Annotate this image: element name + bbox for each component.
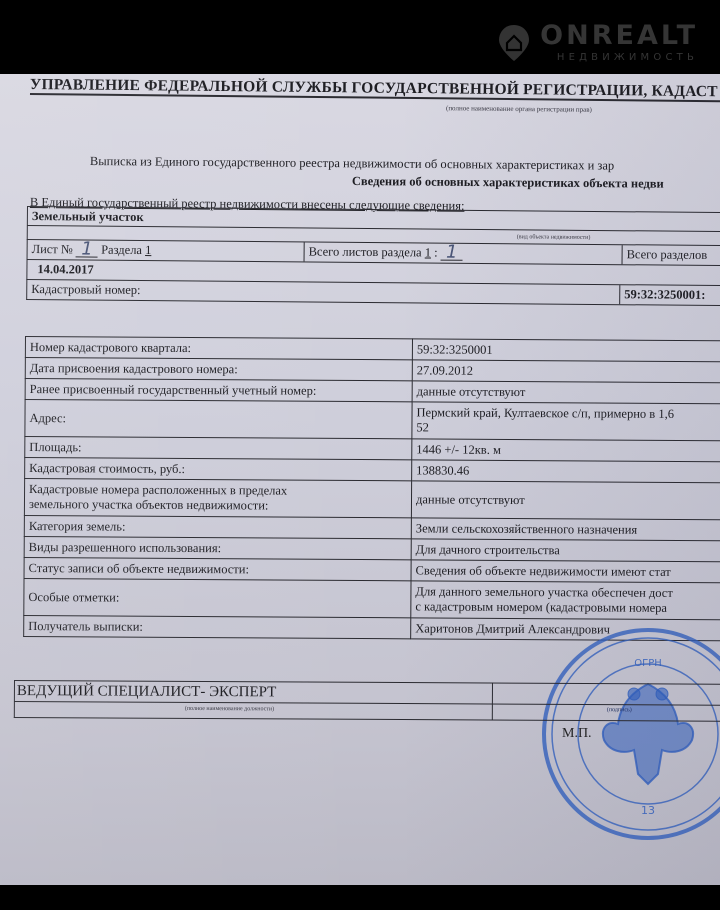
- object-type: Земельный участок: [28, 207, 144, 226]
- row-value: данные отсутствуют: [412, 381, 720, 404]
- info-title: Сведения об основных характеристиках объ…: [352, 174, 664, 192]
- agency-caption: (полное наименование органа регистрации …: [446, 104, 592, 114]
- row-label: Ранее присвоенный государственный учетны…: [25, 379, 412, 402]
- svg-text:13: 13: [641, 804, 655, 817]
- row-label: Виды разрешенного использования:: [24, 536, 411, 559]
- extract-date: 14.04.2017: [33, 260, 93, 280]
- total-sheets-cell: Всего листов раздела 1 : 1: [304, 242, 622, 264]
- characteristics-table: Номер кадастрового квартала:59:32:325000…: [23, 336, 720, 641]
- section-label: Раздела: [101, 243, 142, 258]
- row-value: Сведения об объекте недвижимости имеют с…: [411, 560, 720, 583]
- signature-divider: [492, 683, 493, 721]
- brand-name: ONREALT: [540, 22, 698, 50]
- total-sections-label: Всего разделов: [622, 245, 708, 265]
- object-type-caption: (вид объекта недвижимости): [513, 230, 591, 244]
- header-table: Земельный участок (вид объекта недвижимо…: [26, 206, 720, 306]
- row-label: Дата присвоения кадастрового номера:: [25, 358, 412, 381]
- row-label: Особые отметки:: [24, 578, 411, 617]
- signature-block: ВЕДУЩИЙ СПЕЦИАЛИСТ- ЭКСПЕРТ (полное наим…: [14, 680, 720, 722]
- row-value: 59:32:3250001: [412, 339, 720, 362]
- row-value: Земли сельскохозяйственного назначения: [411, 518, 720, 541]
- extract-title: Выписка из Единого государственного реес…: [90, 154, 614, 174]
- map-pin-house-icon: [498, 24, 530, 62]
- sheet-label: Лист №: [32, 242, 73, 257]
- table-row: Адрес:Пермский край, Култаевское с/п, пр…: [25, 400, 720, 441]
- row-label: Кадастровая стоимость, руб.:: [25, 458, 412, 481]
- document-page: УПРАВЛЕНИЕ ФЕДЕРАЛЬНОЙ СЛУЖБЫ ГОСУДАРСТВ…: [0, 74, 720, 885]
- onrealt-watermark: ONREALT НЕДВИЖИМОСТЬ: [498, 22, 698, 63]
- total-sheets-value: 1: [441, 246, 463, 261]
- position-title: ВЕДУЩИЙ СПЕЦИАЛИСТ- ЭКСПЕРТ: [17, 683, 276, 701]
- row-label: Категория земель:: [24, 515, 411, 538]
- row-value: 1446 +/- 12кв. м: [412, 439, 720, 462]
- total-sheets-section: 1: [425, 245, 431, 260]
- sheet-value: 1: [76, 242, 98, 257]
- row-value: данные отсутствуют: [411, 481, 720, 520]
- svg-text:ОГРН: ОГРН: [634, 658, 662, 669]
- row-label: Адрес:: [25, 400, 412, 439]
- row-label: Площадь:: [25, 437, 412, 460]
- table-row: Кадастровые номера расположенных в преде…: [24, 479, 720, 520]
- row-value: Для данного земельного участка обеспечен…: [411, 581, 720, 620]
- row-value: Пермский край, Култаевское с/п, примерно…: [412, 402, 720, 441]
- brand-subtitle: НЕДВИЖИМОСТЬ: [557, 52, 698, 63]
- bottom-black-bar: [0, 885, 720, 910]
- row-value: 138830.46: [412, 460, 720, 483]
- row-label: Получатель выписки:: [24, 615, 411, 638]
- section-value: 1: [145, 243, 151, 258]
- signature-caption: (подпись): [607, 707, 632, 713]
- cadastral-label: Кадастровый номер:: [27, 280, 140, 300]
- row-label: Кадастровые номера расположенных в преде…: [24, 479, 411, 518]
- position-caption: (полное наименование должности): [185, 706, 274, 712]
- row-label: Статус записи об объекте недвижимости:: [24, 557, 411, 580]
- total-sheets-label: Всего листов раздела: [309, 244, 422, 260]
- row-label: Номер кадастрового квартала:: [25, 337, 412, 360]
- sheet-cell: Лист № 1 Раздела 1: [28, 240, 304, 261]
- table-row: Особые отметки:Для данного земельного уч…: [24, 578, 720, 619]
- cadastral-value: 59:32:3250001:: [619, 285, 705, 305]
- stamp-mark: М.П.: [562, 726, 592, 742]
- row-value: 27.09.2012: [412, 360, 720, 383]
- row-value: Для дачного строительства: [411, 539, 720, 562]
